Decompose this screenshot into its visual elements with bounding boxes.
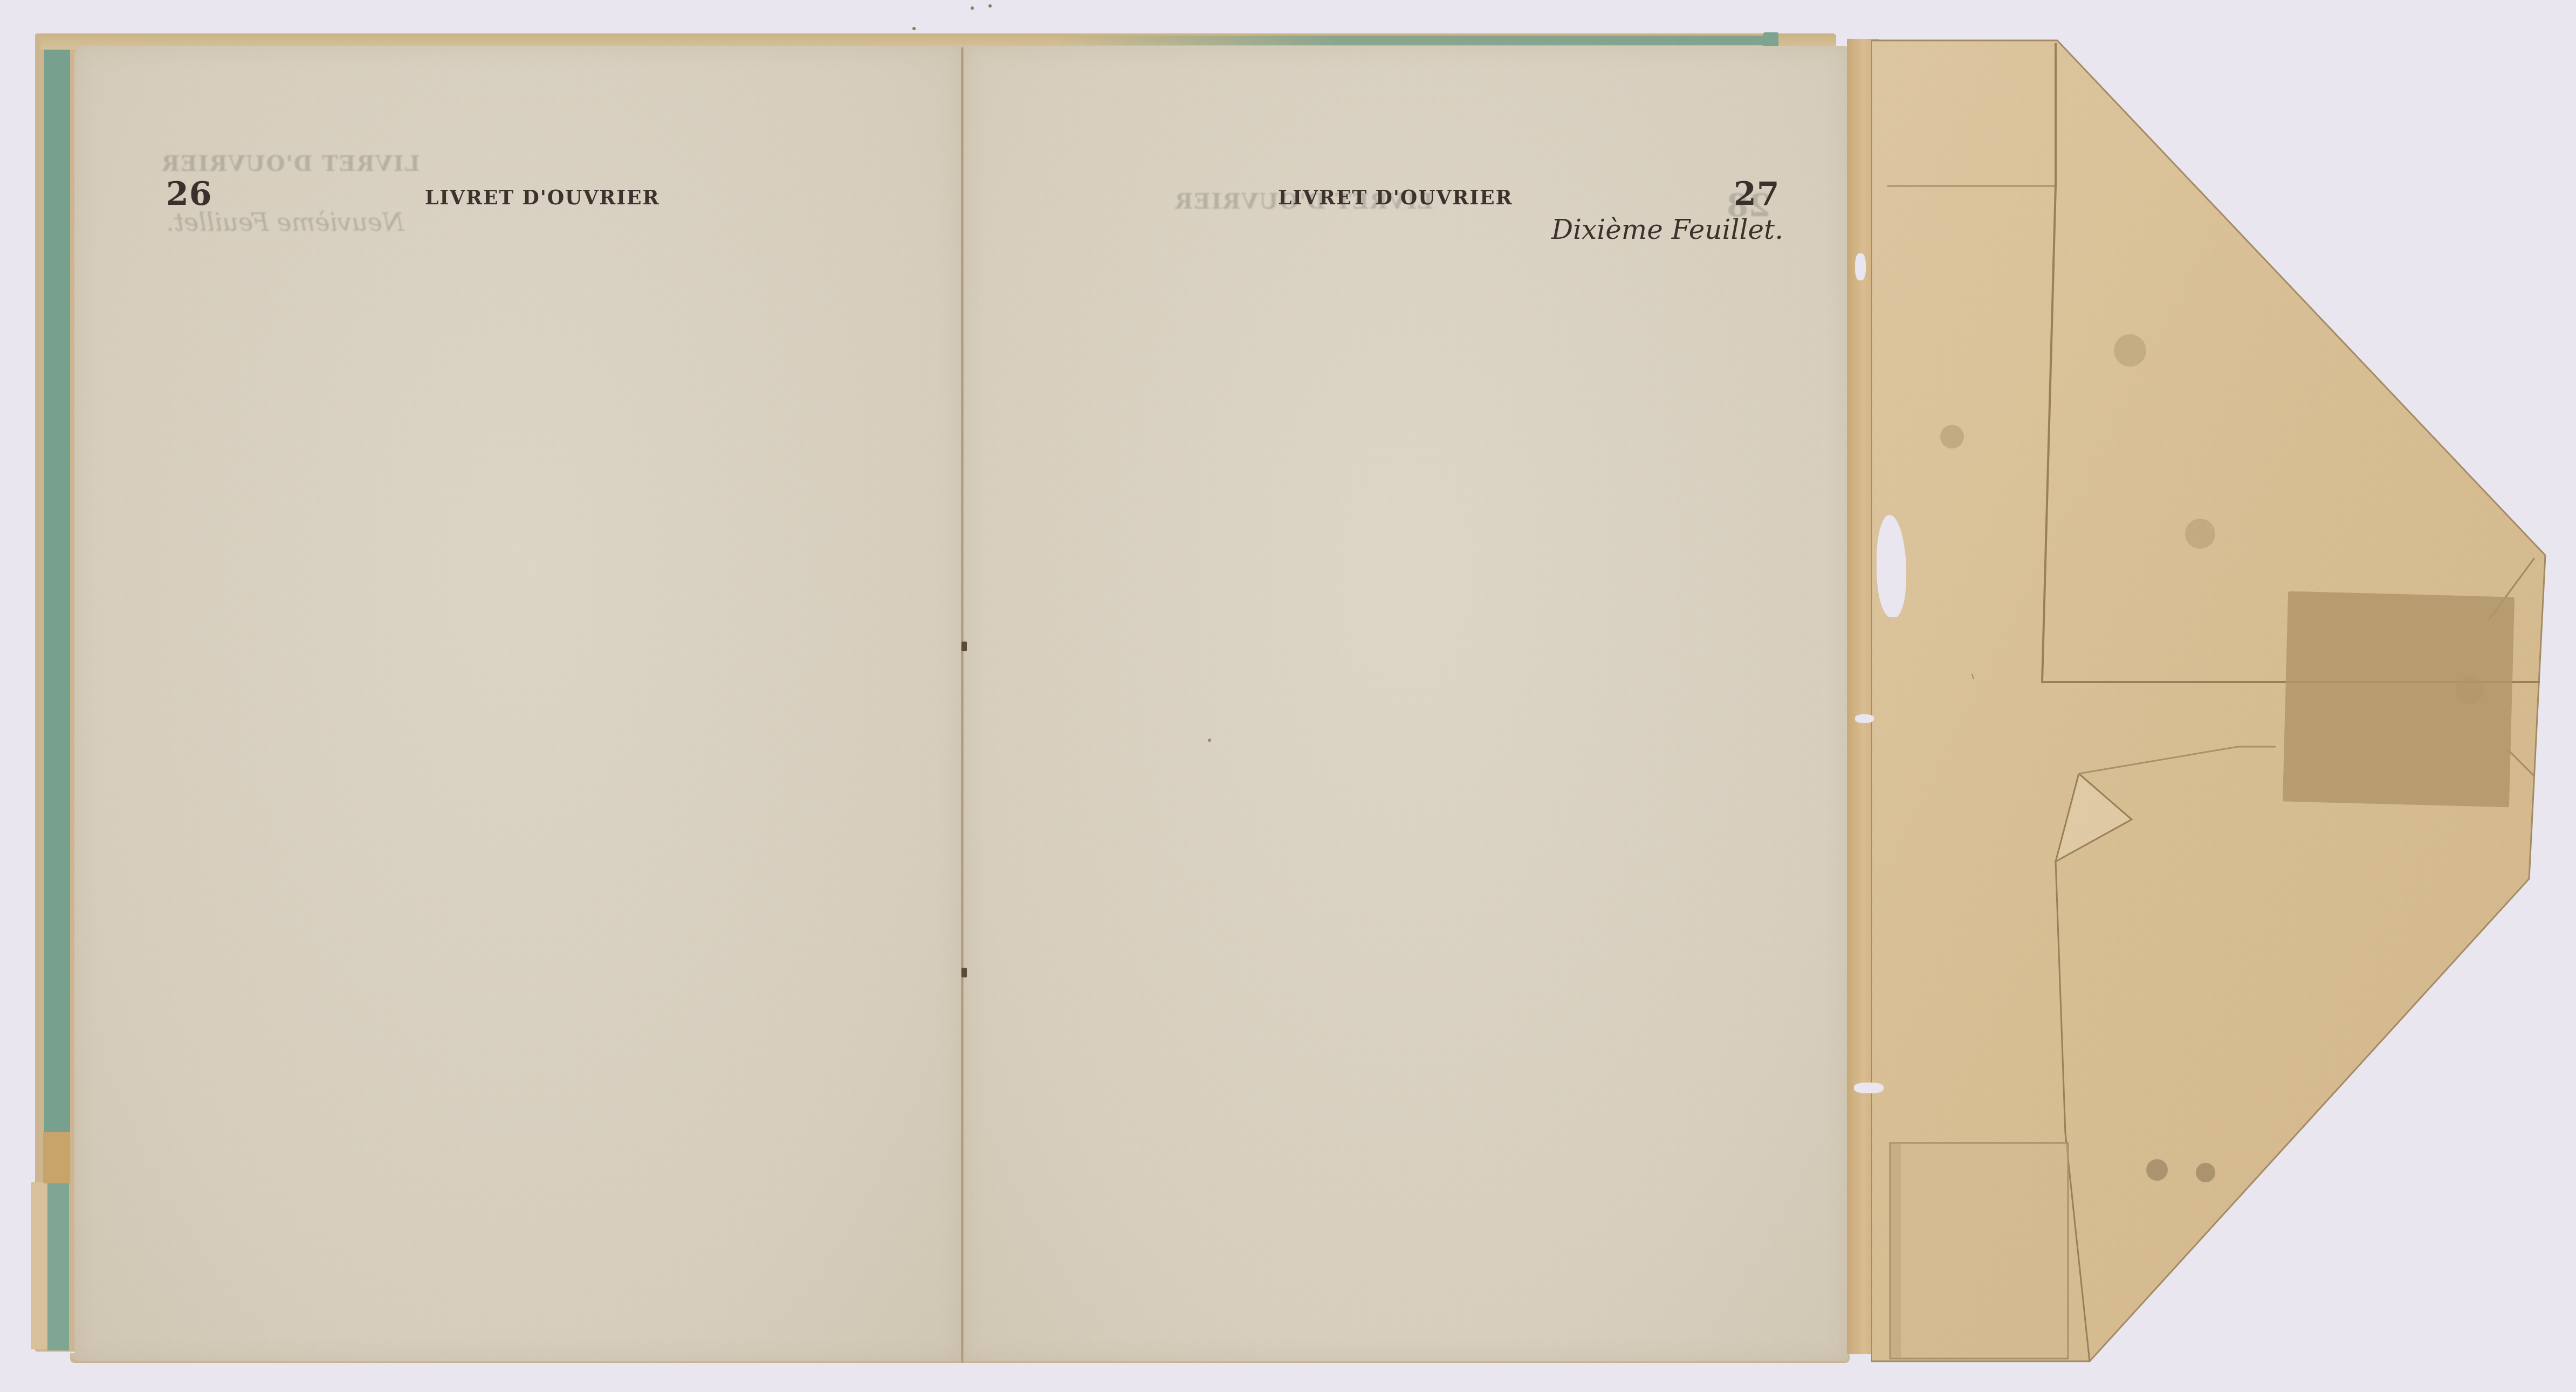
page-speck <box>1208 739 1211 742</box>
cover-green-binding-lower <box>47 1183 69 1350</box>
cover-green-binding <box>44 42 70 1136</box>
page-number-right: 27 <box>1734 175 1780 213</box>
page-number-left: 26 <box>166 175 212 213</box>
dust-speck <box>912 27 916 30</box>
dust-speck <box>971 6 974 10</box>
top-green-nub <box>1763 32 1778 46</box>
binding-tear <box>1855 714 1874 723</box>
right-page: LIVRET D'OUVRIER 28 LIVRET D'OUVRIER 27 … <box>964 46 1848 1361</box>
binding-thread <box>961 642 967 651</box>
binding-tear <box>1854 1083 1884 1093</box>
binding-thread <box>961 968 967 977</box>
dust-speck <box>988 4 992 8</box>
adhesive-tape <box>2283 591 2515 808</box>
binding-tear <box>1855 253 1866 280</box>
cover-worn-patch <box>43 1132 70 1183</box>
running-head-left: LIVRET D'OUVRIER <box>425 185 660 209</box>
left-page: LIVRET D'OUVRIER Neuvième Feuillet. 26 L… <box>74 46 961 1361</box>
sheet-title: Dixième Feuillet. <box>1551 214 1783 245</box>
top-green-stripe <box>1057 36 1763 45</box>
running-head-right: LIVRET D'OUVRIER <box>1278 185 1513 209</box>
left-page-bleed-head: LIVRET D'OUVRIER <box>161 151 420 176</box>
document-scan: LIVRET D'OUVRIER Neuvième Feuillet. 26 L… <box>0 0 2576 1392</box>
